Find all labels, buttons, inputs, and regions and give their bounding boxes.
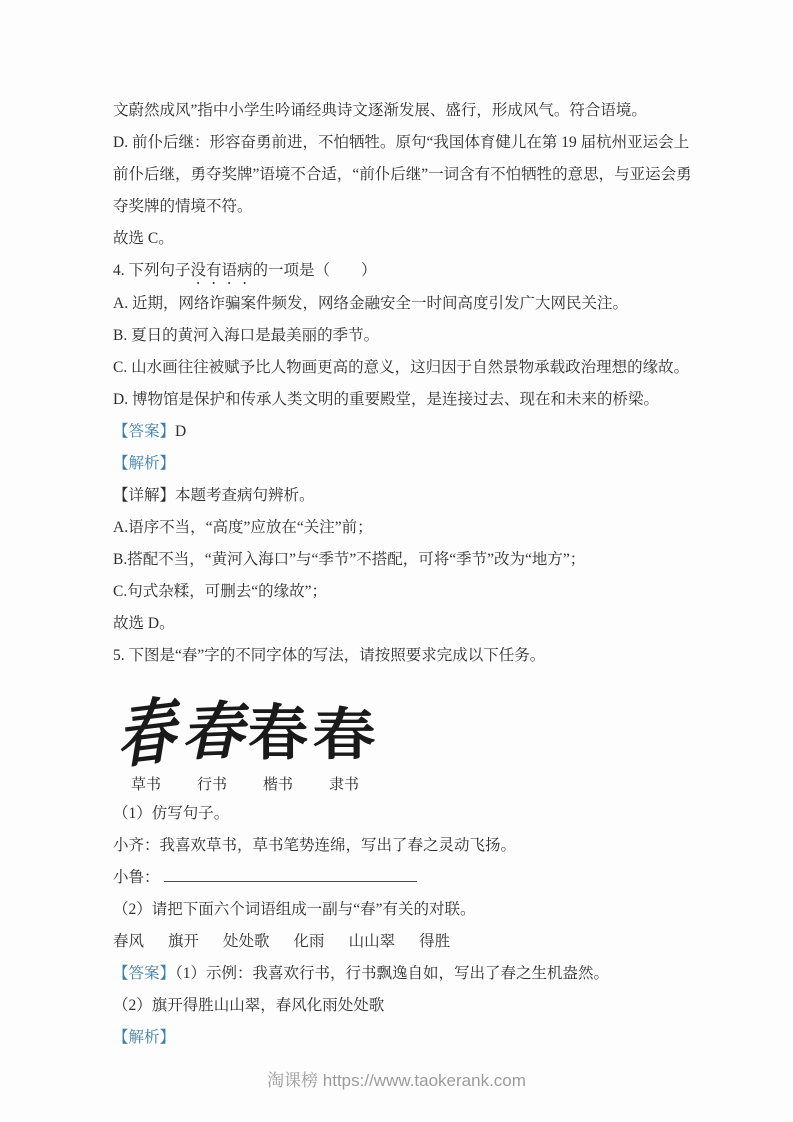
footer-watermark: 淘课榜 https://www.taokerank.com (0, 1066, 793, 1091)
q5-xiaolu-line: 小鲁： (113, 862, 693, 894)
q5-answer-label: 【答案】 (113, 965, 175, 982)
q4-detail-line: 【详解】本题考查病句辨析。 (113, 480, 693, 512)
calligraphy-label-kaishu: 楷书 (245, 773, 311, 794)
q4-answer-value: D (175, 423, 186, 440)
q5-part1-title: （1）仿写句子。 (113, 798, 693, 830)
word-item: 山山翠 (349, 926, 396, 958)
q5-part2-title: （2）请把下面六个词语组成一副与“春”有关的对联。 (113, 894, 693, 926)
q4-stem-prefix: 4. 下列句子 (113, 262, 191, 279)
q4-stem: 4. 下列句子没有语病的一项是（ ） (113, 255, 693, 288)
q4-option-a: A. 近期，网络诈骗案件频发，网络金融安全一时间高度引发广大网民关注。 (113, 288, 693, 320)
calligraphy-char-xingshu: 春 (178, 701, 246, 765)
word-item: 得胜 (419, 926, 450, 958)
q4-detail-intro: 本题考查病句辨析。 (175, 487, 315, 504)
calligraphy-label-xingshu: 行书 (179, 773, 245, 794)
q4-option-b: B. 夏日的黄河入海口是最美丽的季节。 (113, 320, 693, 352)
calligraphy-char-kaishu: 春 (245, 704, 311, 764)
q4-option-c: C. 山水画往往被赋予比人物画更高的意义，这归因于自然景物承载政治理想的缘故。 (113, 352, 693, 384)
calligraphy-label-lishu: 隶书 (311, 773, 377, 794)
q5-analysis-label: 【解析】 (113, 1022, 693, 1054)
q4-detail-item-a: A.语序不当，“高度”应放在“关注”前； (113, 512, 693, 544)
calligraphy-char-lishu: 春 (307, 708, 381, 764)
q5-answer-line1: 【答案】（1）示例：我喜欢行书，行书飘逸自如，写出了春之生机盎然。 (113, 958, 693, 990)
word-item: 处处歌 (223, 926, 270, 958)
word-item: 旗开 (168, 926, 199, 958)
calligraphy-figure: 春 春 春 春 草书 行书 楷书 隶书 (113, 678, 693, 798)
word-item: 春风 (113, 926, 144, 958)
calligraphy-labels-row: 草书 行书 楷书 隶书 (113, 768, 693, 798)
document-content: 文蔚然成风”指中小学生吟诵经典诗文逐渐发展、盛行，形成风气。符合语境。 D. 前… (113, 95, 693, 1054)
prev-analysis-option-d: D. 前仆后继：形容奋勇前进，不怕牺牲。原句“我国体育健儿在第 19 届杭州亚运… (113, 127, 693, 223)
q5-xiaoqi-line: 小齐：我喜欢草书，草书笔势连绵，写出了春之灵动飞扬。 (113, 830, 693, 862)
q4-stem-emphasized: 没有语病 (191, 262, 253, 279)
q5-stem: 5. 下图是“春”字的不同字体的写法，请按照要求完成以下任务。 (113, 640, 693, 672)
q4-detail-item-c: C.句式杂糅，可删去“的缘故”； (113, 576, 693, 608)
word-item: 化雨 (294, 926, 325, 958)
q4-detail-item-b: B.搭配不当，“黄河入海口”与“季节”不搭配，可将“季节”改为“地方”； (113, 544, 693, 576)
q4-option-d: D. 博物馆是保护和传承人类文明的重要殿堂，是连接过去、现在和未来的桥梁。 (113, 384, 693, 416)
q4-conclusion: 故选 D。 (113, 608, 693, 640)
q4-answer-line: 【答案】D (113, 416, 693, 448)
q4-detail-label: 【详解】 (113, 487, 175, 504)
q4-stem-suffix: 的一项是（ ） (253, 262, 377, 279)
document-page: 文蔚然成风”指中小学生吟诵经典诗文逐渐发展、盛行，形成风气。符合语境。 D. 前… (0, 0, 793, 1122)
q4-analysis-label: 【解析】 (113, 448, 693, 480)
q4-answer-label: 【答案】 (113, 423, 175, 440)
calligraphy-characters-row: 春 春 春 春 (113, 678, 693, 764)
q5-answer-line2: （2）旗开得胜山山翠，春风化雨处处歌 (113, 990, 693, 1022)
calligraphy-char-caoshu: 春 (112, 695, 180, 774)
q5-word-bank: 春风 旗开 处处歌 化雨 山山翠 得胜 (113, 926, 693, 958)
q5-answer-part1: （1）示例：我喜欢行书，行书飘逸自如，写出了春之生机盎然。 (175, 965, 609, 982)
q5-answer-blank (164, 880, 417, 882)
prev-analysis-conclusion: 故选 C。 (113, 223, 693, 255)
prev-analysis-line: 文蔚然成风”指中小学生吟诵经典诗文逐渐发展、盛行，形成风气。符合语境。 (113, 95, 693, 127)
q5-xiaolu-label: 小鲁： (113, 869, 160, 886)
